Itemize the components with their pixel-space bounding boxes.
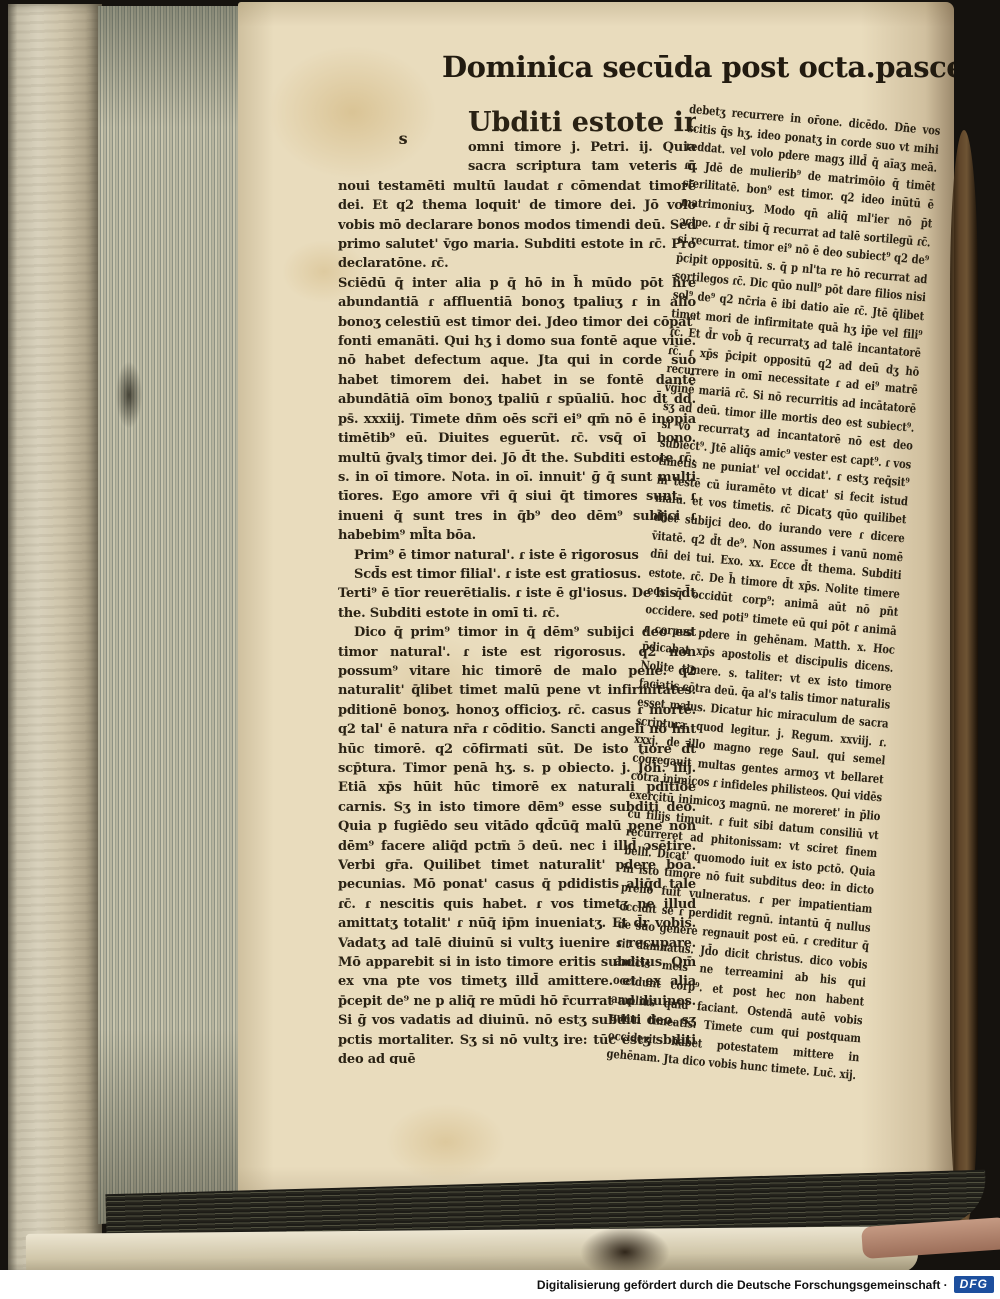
- left-paragraph: Sciēdū q̄ inter alia p q̄ hō in h̄ mūdo …: [338, 274, 696, 546]
- book-spine: [8, 4, 102, 1272]
- fore-edge: [950, 130, 978, 1230]
- digitization-credit-bar: Digitalisierung gefördert durch die Deut…: [0, 1270, 1000, 1299]
- dfg-logo: DFG: [954, 1276, 994, 1293]
- page-edge-stain: [116, 362, 142, 428]
- left-paragraph: Scd̄s est timor filial'. ɾ iste est grat…: [338, 565, 696, 584]
- left-paragraph: Prim⁹ ē timor natural'. ɾ iste ē rigoros…: [338, 546, 696, 565]
- guide-letter: s: [399, 129, 408, 148]
- initial-letter-space: s: [338, 108, 468, 170]
- credit-text: Digitalisierung gefördert durch die Deut…: [537, 1278, 948, 1292]
- running-title: Dominica secūda post octa.pasce: [442, 50, 954, 84]
- left-paragraph: Terti⁹ ē tīor reuerētialis. ɾ iste ē gl'…: [338, 584, 696, 623]
- book-scan-photo: Dominica secūda post octa.pasce s Ubditi…: [0, 0, 1000, 1299]
- book-page: Dominica secūda post octa.pasce s Ubditi…: [238, 2, 954, 1228]
